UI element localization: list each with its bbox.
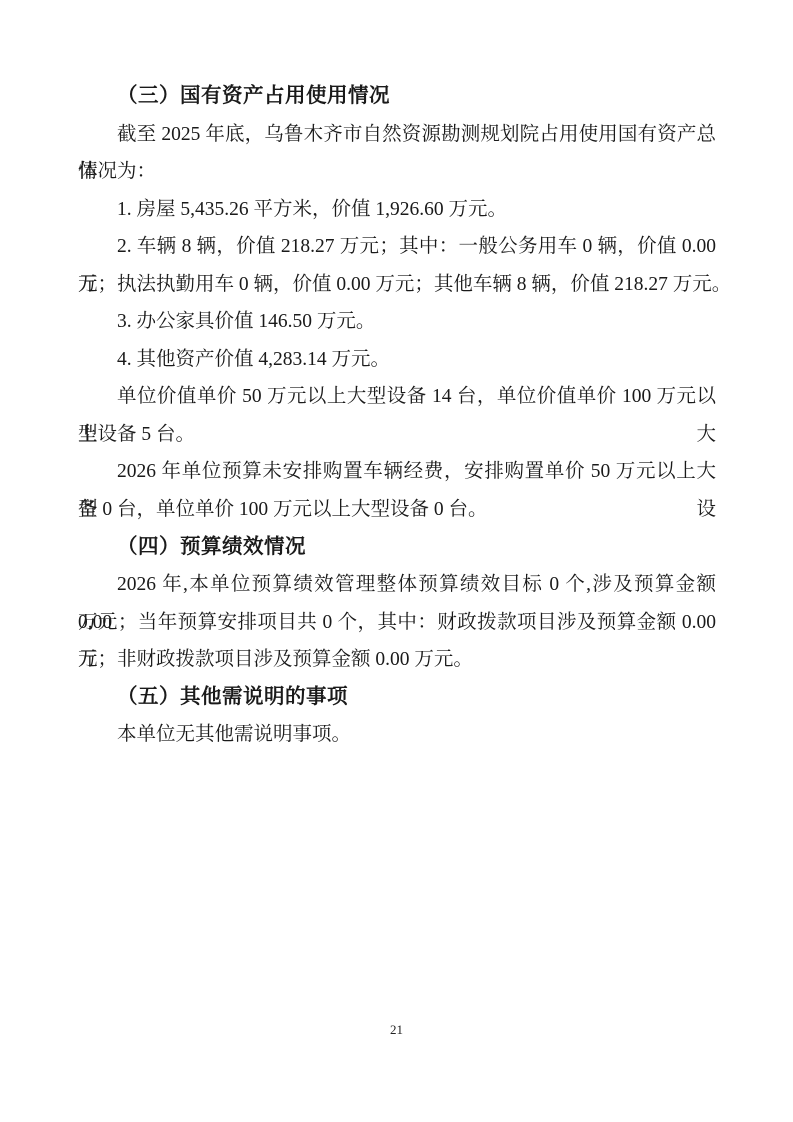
page-number: 21	[0, 1021, 793, 1039]
paragraph-line: 2026 年,本单位预算绩效管理整体预算绩效目标 0 个,涉及预算金额 0.00	[78, 566, 716, 604]
paragraph-line: 万元；当年预算安排项目共 0 个，其中：财政拨款项目涉及预算金额 0.00 万	[78, 604, 716, 642]
paragraph-line: 本单位无其他需说明事项。	[78, 716, 716, 754]
paragraph: 本单位无其他需说明事项。	[78, 716, 716, 754]
paragraph-line: 2026 年单位预算未安排购置车辆经费，安排购置单价 50 万元以上大型设	[78, 453, 716, 491]
document-body: （三）国有资产占用使用情况截至 2025 年底，乌鲁木齐市自然资源勘测规划院占用…	[78, 78, 716, 754]
section-heading: （三）国有资产占用使用情况	[78, 78, 716, 116]
paragraph-line: 截至 2025 年底，乌鲁木齐市自然资源勘测规划院占用使用国有资产总体	[78, 116, 716, 154]
paragraph: 4. 其他资产价值 4,283.14 万元。	[78, 341, 716, 379]
paragraph-line: 元；非财政拨款项目涉及预算金额 0.00 万元。	[78, 641, 716, 679]
paragraph-line: 1. 房屋 5,435.26 平方米，价值 1,926.60 万元。	[78, 191, 716, 229]
paragraph: 单位价值单价 50 万元以上大型设备 14 台，单位价值单价 100 万元以上大…	[78, 378, 716, 453]
paragraph: 2026 年,本单位预算绩效管理整体预算绩效目标 0 个,涉及预算金额 0.00…	[78, 566, 716, 679]
paragraph: 3. 办公家具价值 146.50 万元。	[78, 303, 716, 341]
section-heading: （五）其他需说明的事项	[78, 679, 716, 717]
paragraph-line: 情况为：	[78, 153, 716, 191]
paragraph-line: 4. 其他资产价值 4,283.14 万元。	[78, 341, 716, 379]
paragraph-line: 单位价值单价 50 万元以上大型设备 14 台，单位价值单价 100 万元以上大	[78, 378, 716, 416]
document-page: （三）国有资产占用使用情况截至 2025 年底，乌鲁木齐市自然资源勘测规划院占用…	[0, 0, 793, 1122]
paragraph-line: 3. 办公家具价值 146.50 万元。	[78, 303, 716, 341]
paragraph-line: 2. 车辆 8 辆，价值 218.27 万元；其中：一般公务用车 0 辆，价值 …	[78, 228, 716, 266]
paragraph: 1. 房屋 5,435.26 平方米，价值 1,926.60 万元。	[78, 191, 716, 229]
paragraph: 2. 车辆 8 辆，价值 218.27 万元；其中：一般公务用车 0 辆，价值 …	[78, 228, 716, 303]
paragraph: 2026 年单位预算未安排购置车辆经费，安排购置单价 50 万元以上大型设备 0…	[78, 453, 716, 528]
paragraph-line: 元；执法执勤用车 0 辆，价值 0.00 万元；其他车辆 8 辆，价值 218.…	[78, 266, 716, 304]
paragraph: 截至 2025 年底，乌鲁木齐市自然资源勘测规划院占用使用国有资产总体情况为：	[78, 116, 716, 191]
section-heading: （四）预算绩效情况	[78, 529, 716, 567]
